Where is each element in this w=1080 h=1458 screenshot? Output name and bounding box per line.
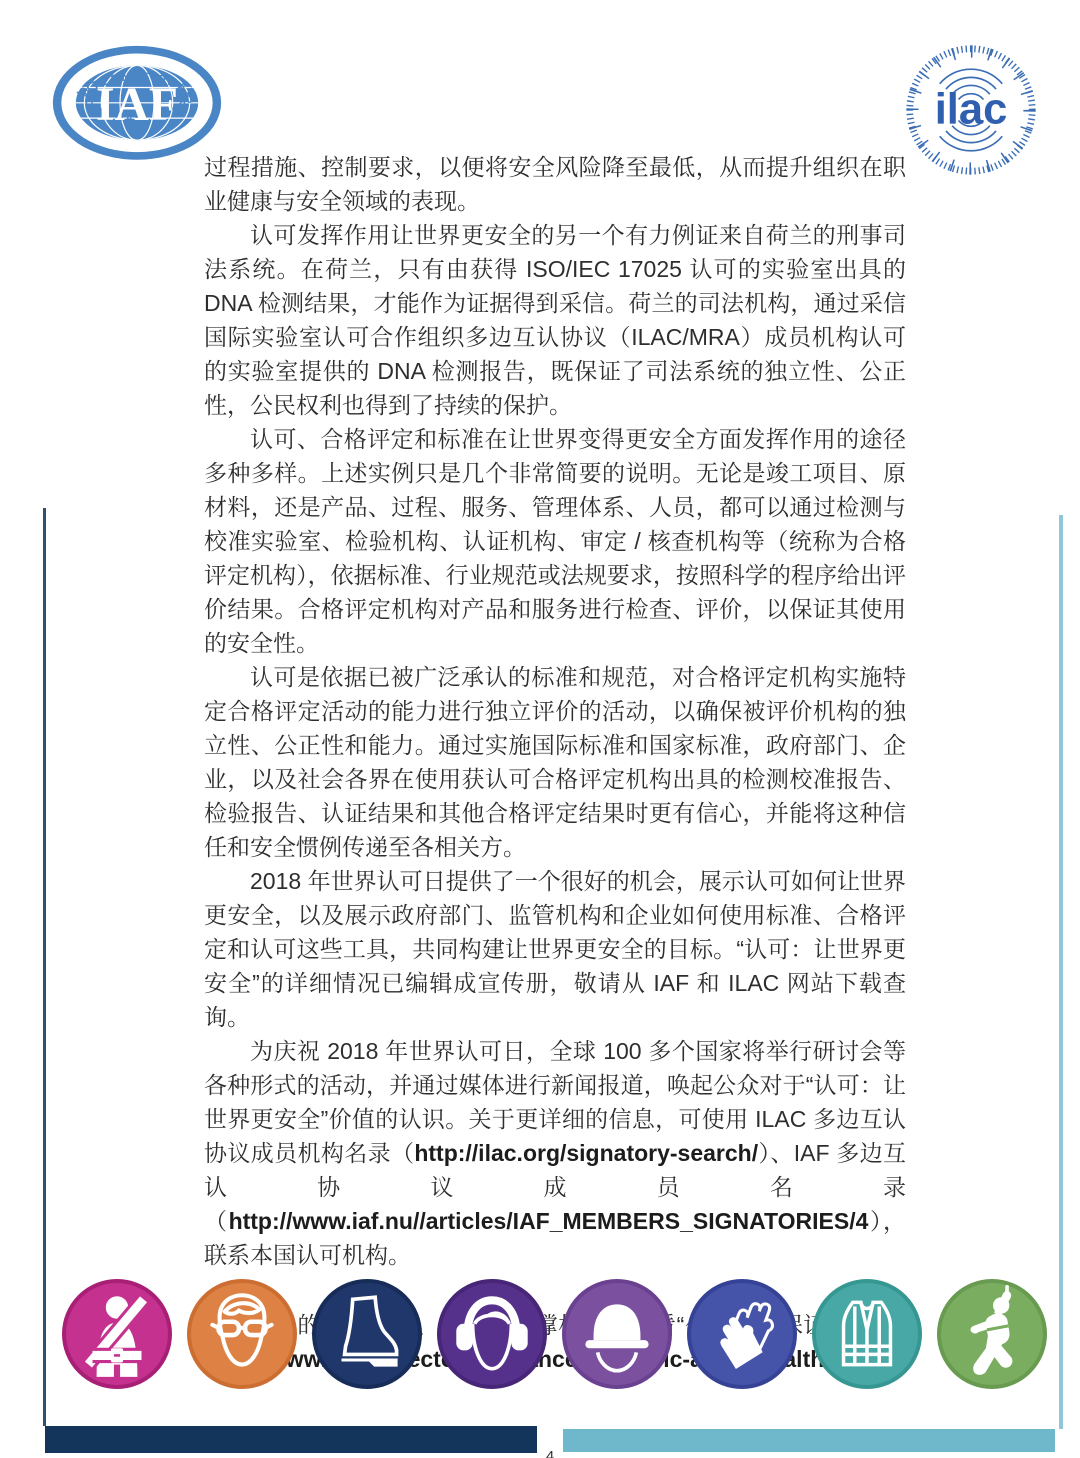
paragraph: 2018 年世界认可日提供了一个很好的机会，展示认可如何让世界更安全，以及展示政…: [204, 864, 906, 1034]
document-page: INTERNATIONAL ACCREDITATION FORUM IAF: [0, 0, 1080, 1458]
iaf-logo: INTERNATIONAL ACCREDITATION FORUM IAF: [52, 45, 222, 161]
body-text: 过程措施、控制要求，以便将安全风险降至最低，从而提升组织在职业健康与安全领域的表…: [204, 150, 906, 1376]
paragraph: 过程措施、控制要求，以便将安全风险降至最低，从而提升组织在职业健康与安全领域的表…: [204, 150, 906, 218]
footer-bar-light: [563, 1429, 1055, 1452]
text-run: 认可、合格评定和标准在让世界变得更安全方面发挥作用的途径多种多样。上述实例只是几…: [204, 426, 906, 656]
safety-boots-icon: [312, 1279, 422, 1389]
text-run: 认可是依据已被广泛承认的标准和规范，对合格评定机构实施特定合格评定活动的能力进行…: [204, 664, 906, 860]
iaf-logo-graphic: INTERNATIONAL ACCREDITATION FORUM IAF: [52, 45, 222, 161]
safety-goggles-icon: [187, 1279, 297, 1389]
safety-vest-icon: [812, 1279, 922, 1389]
iaf-logo-acronym: IAF: [96, 79, 178, 131]
paragraph: 认可是依据已被广泛承认的标准和规范，对合格评定机构实施特定合格评定活动的能力进行…: [204, 660, 906, 864]
safety-harness-icon: [937, 1279, 1047, 1389]
page-number: 4: [540, 1448, 560, 1458]
text-run: 2018 年世界认可日提供了一个很好的机会，展示认可如何让世界更安全，以及展示政…: [204, 868, 906, 1030]
text-run: 认可发挥作用让世界更安全的另一个有力例证来自荷兰的刑事司法系统。在荷兰，只有由获…: [204, 222, 906, 418]
url-text: http://www.iaf.nu//articles/IAF_MEMBERS_…: [229, 1208, 869, 1234]
safety-icon-row: [62, 1279, 1047, 1389]
ilac-logo-text: ilac: [935, 86, 1008, 134]
protective-gloves-icon: [687, 1279, 797, 1389]
ilac-logo-graphic: ilac: [903, 42, 1039, 178]
url-text: http://ilac.org/signatory-search/: [414, 1140, 758, 1166]
hard-hat-icon: [562, 1279, 672, 1389]
seat-belt-icon: [62, 1279, 172, 1389]
right-page-rule: [1059, 515, 1063, 1429]
paragraph: 认可发挥作用让世界更安全的另一个有力例证来自荷兰的刑事司法系统。在荷兰，只有由获…: [204, 218, 906, 422]
text-run: 过程措施、控制要求，以便将安全风险降至最低，从而提升组织在职业健康与安全领域的表…: [204, 154, 906, 214]
ear-protection-icon: [437, 1279, 547, 1389]
paragraph: 为庆祝 2018 年世界认可日，全球 100 多个国家将举行研讨会等各种形式的活…: [204, 1034, 906, 1272]
paragraph: 认可、合格评定和标准在让世界变得更安全方面发挥作用的途径多种多样。上述实例只是几…: [204, 422, 906, 660]
left-page-rule: [43, 508, 46, 1426]
footer-bar-dark: [45, 1426, 537, 1453]
ilac-logo: ilac: [903, 42, 1039, 178]
